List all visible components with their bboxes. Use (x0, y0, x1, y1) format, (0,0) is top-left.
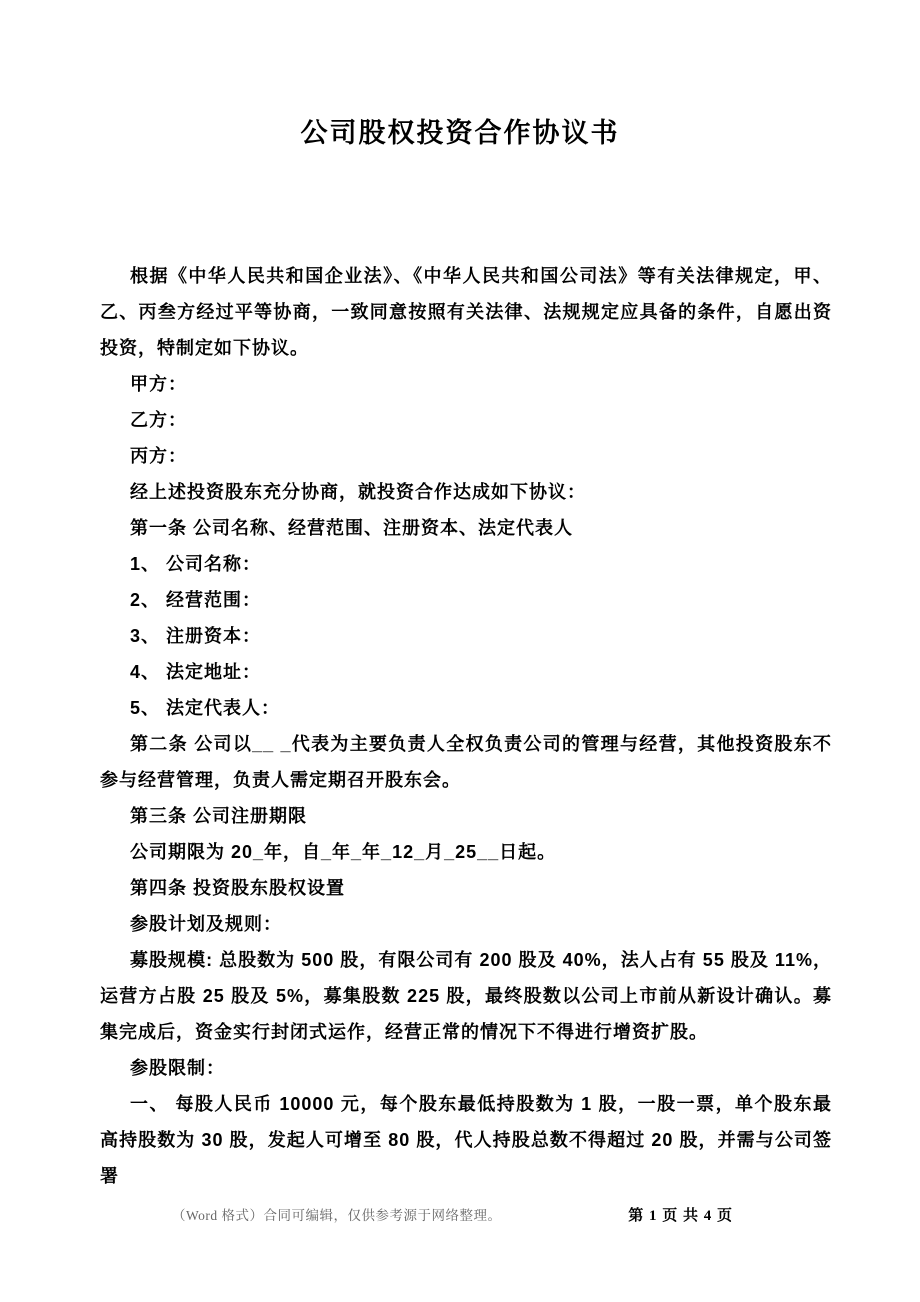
paragraph-article-2: 第二条 公司以__ _代表为主要负责人全权负责公司的管理与经营，其他投资股东不参… (100, 726, 832, 798)
paragraph-share-scale: 募股规模: 总股数为 500 股，有限公司有 200 股及 40%，法人占有 5… (100, 942, 832, 1050)
paragraph-party-a: 甲方： (100, 366, 832, 402)
paragraph-company-term: 公司期限为 20_年，自_年_年_12_月_25__日起。 (100, 834, 832, 870)
page-footer: （Word 格式）合同可编辑，仅供参考源于网络整理。 第 1 页 共 4 页 (0, 1202, 920, 1230)
list-item-business-scope: 2、 经营范围： (100, 582, 832, 618)
paragraph-restriction-heading: 参股限制： (100, 1050, 832, 1086)
paragraph-plan-rules-heading: 参股计划及规则： (100, 906, 832, 942)
paragraph-article-1: 第一条 公司名称、经营范围、注册资本、法定代表人 (100, 510, 832, 546)
list-item-legal-representative: 5、 法定代表人： (100, 690, 832, 726)
page-number: 第 1 页 共 4 页 (628, 1202, 733, 1230)
paragraph-party-b: 乙方： (100, 402, 832, 438)
paragraph-party-c: 丙方： (100, 438, 832, 474)
paragraph-intro: 根据《中华人民共和国企业法》、《中华人民共和国公司法》等有关法律规定，甲、乙、丙… (100, 258, 832, 366)
paragraph-preamble: 经上述投资股东充分协商，就投资合作达成如下协议： (100, 474, 832, 510)
footer-note: （Word 格式）合同可编辑，仅供参考源于网络整理。 (172, 1202, 502, 1230)
document-title: 公司股权投资合作协议书 (0, 110, 920, 156)
list-item-legal-address: 4、 法定地址： (100, 654, 832, 690)
document-body: 根据《中华人民共和国企业法》、《中华人民共和国公司法》等有关法律规定，甲、乙、丙… (100, 258, 832, 1194)
paragraph-restriction-item-1: 一、 每股人民币 10000 元，每个股东最低持股数为 1 股，一股一票，单个股… (100, 1086, 832, 1194)
document-page: 公司股权投资合作协议书 根据《中华人民共和国企业法》、《中华人民共和国公司法》等… (0, 0, 920, 1302)
paragraph-article-3: 第三条 公司注册期限 (100, 798, 832, 834)
list-item-company-name: 1、 公司名称： (100, 546, 832, 582)
paragraph-article-4: 第四条 投资股东股权设置 (100, 870, 832, 906)
list-item-registered-capital: 3、 注册资本： (100, 618, 832, 654)
